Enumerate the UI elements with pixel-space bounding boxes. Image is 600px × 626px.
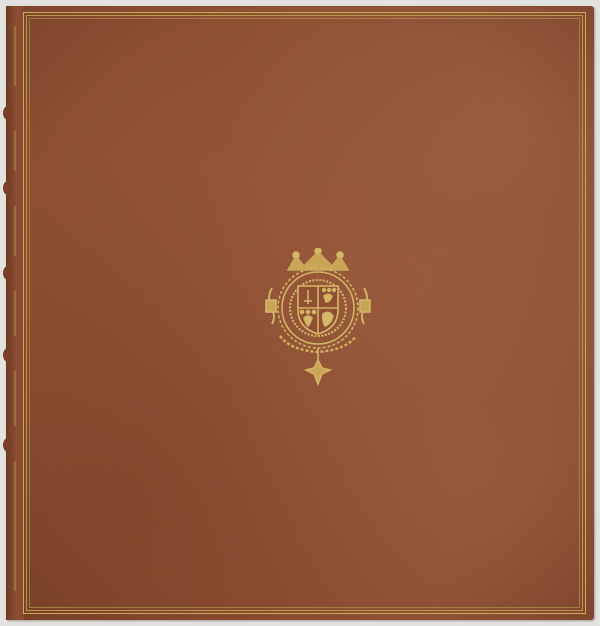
- spine-gilt-line: [14, 461, 16, 591]
- spine-band: [3, 106, 13, 120]
- spine-band: [3, 348, 13, 362]
- book-spine: [6, 6, 24, 620]
- spine-gilt-line: [14, 371, 16, 426]
- spine-gilt-line: [14, 291, 16, 336]
- spine-gilt-line: [14, 26, 16, 86]
- spine-gilt-line: [14, 206, 16, 256]
- book-cover: [6, 6, 594, 620]
- spine-band: [3, 181, 13, 195]
- spine-band: [3, 266, 13, 280]
- spine-band: [3, 438, 13, 452]
- coat-of-arms-icon: [258, 248, 378, 388]
- spine-gilt-line: [14, 131, 16, 171]
